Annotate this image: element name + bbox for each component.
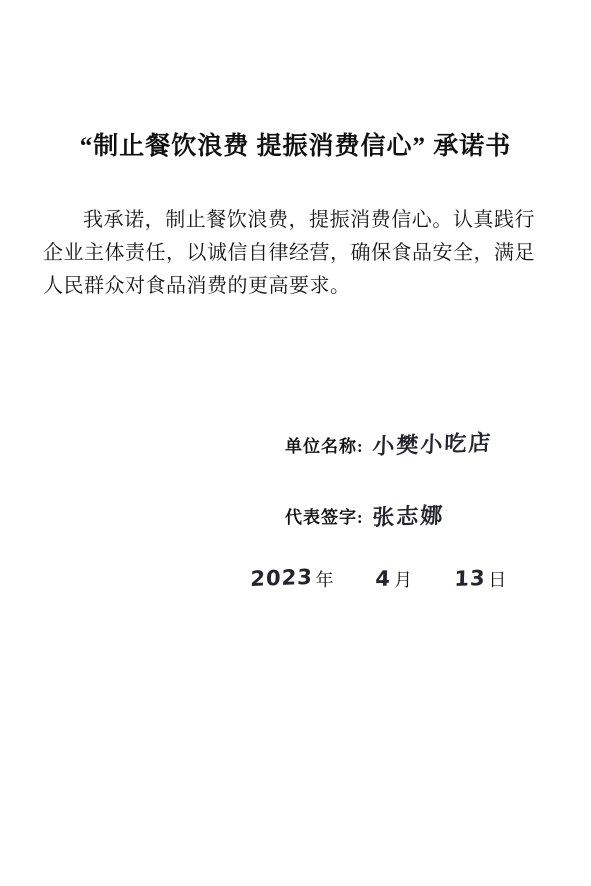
representative-signature-row: 代表签字: 张志娜 xyxy=(285,503,444,528)
date-month-handwritten: 4 xyxy=(375,568,391,590)
commitment-paragraph: 我承诺，制止餐饮浪费，提振消费信心。认真践行企业主体责任，以诚信自律经营，确保食… xyxy=(43,204,535,303)
date-year-handwritten: 2023 xyxy=(250,567,313,590)
unit-name-handwritten-value: 小樊小吃店 xyxy=(372,433,493,459)
scanned-commitment-letter: “制止餐饮浪费 提振消费信心” 承诺书 我承诺，制止餐饮浪费，提振消费信心。认真… xyxy=(0,0,591,886)
date-day-group: 13 日 xyxy=(454,568,506,589)
date-month-group: 4 月 xyxy=(375,568,412,589)
date-month-suffix: 月 xyxy=(394,571,412,589)
unit-name-label: 单位名称: xyxy=(285,432,364,457)
date-day-handwritten: 13 xyxy=(454,568,486,590)
date-day-suffix: 日 xyxy=(488,571,506,589)
date-row: 2023 年 4 月 13 日 xyxy=(250,568,506,589)
representative-signature-handwritten: 张志娜 xyxy=(372,505,445,530)
unit-name-row: 单位名称: 小樊小吃店 xyxy=(285,432,492,457)
document-title: “制止餐饮浪费 提振消费信心” 承诺书 xyxy=(0,126,591,162)
date-year-group: 2023 年 xyxy=(250,568,333,589)
date-year-suffix: 年 xyxy=(315,571,333,589)
representative-signature-label: 代表签字: xyxy=(285,503,364,528)
